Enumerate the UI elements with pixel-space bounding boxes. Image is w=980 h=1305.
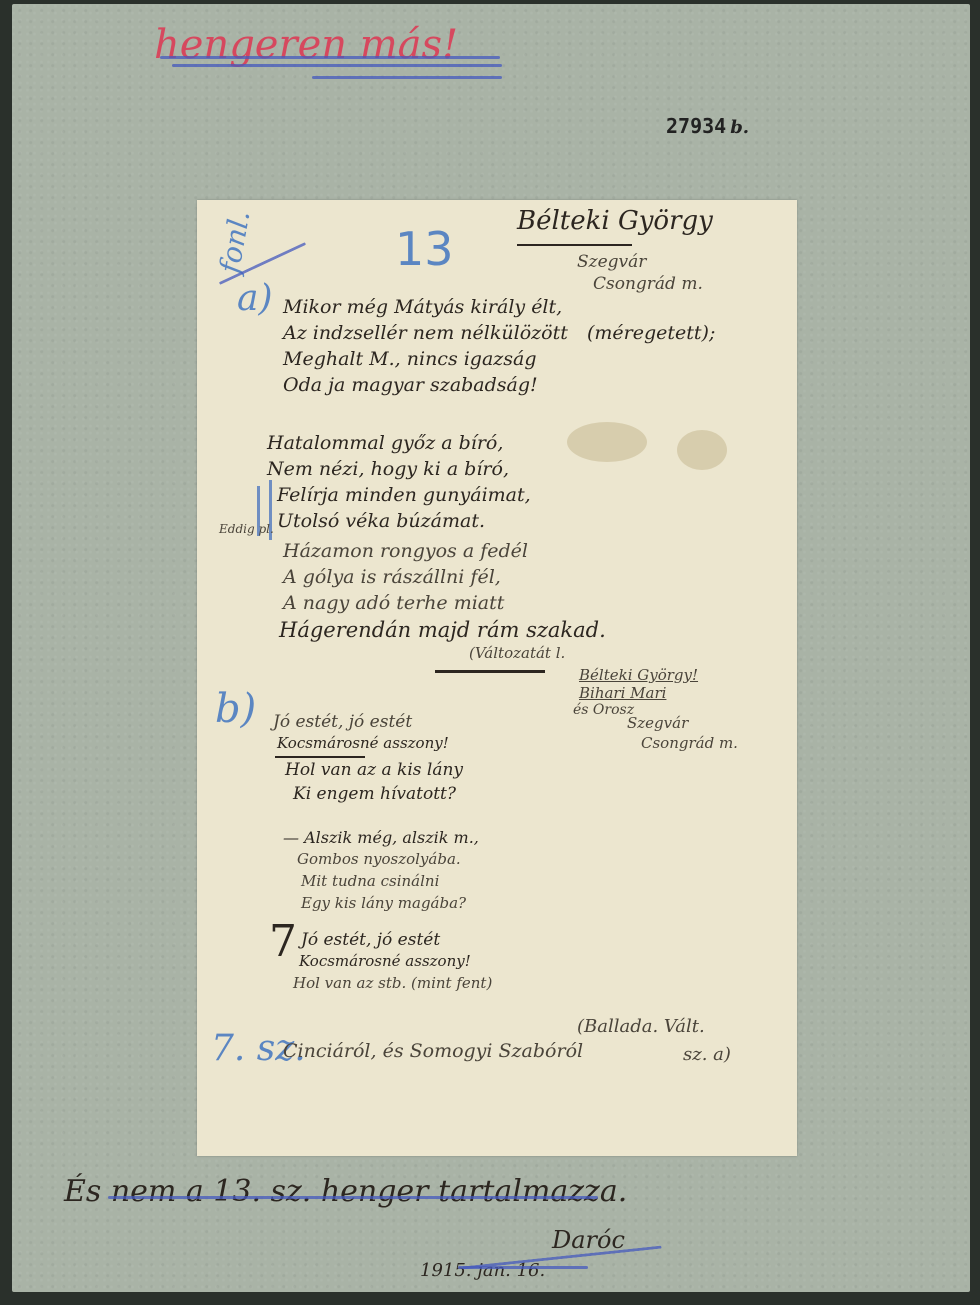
- stain: [567, 422, 647, 462]
- poem-line: Hol van az stb. (mint fent): [293, 974, 492, 992]
- bottom-note-strike: [108, 1196, 598, 1199]
- singer-credit: és Orosz: [573, 702, 634, 718]
- manuscript-sheet: fonl. 13 Bélteki György Szegvár Csongrád…: [197, 200, 797, 1156]
- poem-line: — Alszik még, alszik m.,: [283, 828, 479, 847]
- poem-line: Gombos nyoszolyába.: [297, 850, 461, 868]
- bottom-note: És nem a 13. sz. henger tartalmazza.: [64, 1174, 627, 1209]
- poem-line: A nagy adó terhe miatt: [283, 592, 504, 614]
- top-note-strike: [160, 56, 500, 59]
- singers-place: Szegvár: [627, 714, 688, 732]
- divider-rule: [435, 670, 545, 673]
- section-b-label: b): [215, 686, 256, 732]
- poem-line: Jó estét, jó estét: [273, 712, 412, 732]
- poem-line: A gólya is rászállni fél,: [283, 566, 501, 588]
- variant-note: (méregetett);: [587, 322, 715, 344]
- margin-mark: fonl.: [213, 208, 256, 276]
- catalog-number: 27934b.: [666, 114, 749, 138]
- poem-line: Mikor még Mátyás király élt,: [283, 296, 562, 318]
- date: 1915. jan. 16.: [420, 1260, 545, 1281]
- poem-line: Mit tudna csinálni: [301, 872, 439, 890]
- poem-line: Meghalt M., nincs igazság: [283, 348, 537, 370]
- poem-line: Hágerendán majd rám szakad.: [279, 618, 606, 642]
- singer-credit: Bihari Mari: [579, 684, 666, 702]
- singer-name: Bélteki György: [517, 206, 713, 236]
- strike-rule: [275, 756, 365, 758]
- singers-county: Csongrád m.: [641, 734, 738, 752]
- singer-place: Szegvár: [577, 252, 646, 272]
- poem-line: Egy kis lány magába?: [301, 894, 466, 912]
- poem-line: Házamon rongyos a fedél: [283, 540, 528, 562]
- singer-county: Csongrád m.: [593, 274, 703, 294]
- poem-line: Kocsmárosné asszony!: [277, 734, 449, 752]
- poem-line: Oda ja magyar szabadság!: [283, 374, 538, 396]
- song-number: 13: [395, 222, 454, 276]
- poem-line: Felírja minden gunyáimat,: [277, 484, 531, 506]
- variation-ref: (Változatát l.: [469, 644, 565, 662]
- ballad-ref: sz. a): [683, 1044, 731, 1065]
- date-strike-2: [458, 1266, 588, 1269]
- top-note: hengeren más!: [154, 22, 458, 68]
- top-note-strike-2: [172, 64, 502, 67]
- top-note-strike-3: [312, 76, 502, 79]
- poem-line: Hol van az a kis lány: [285, 760, 463, 780]
- stain: [677, 430, 727, 470]
- poem-line: Ki engem hívatott?: [293, 784, 456, 804]
- side-note: Eddig pl.: [219, 522, 274, 536]
- poem-line: Az indzsellér nem nélkülözött: [283, 322, 568, 344]
- ballad-note: (Ballada. Vált.: [577, 1016, 705, 1037]
- poem-line: Jó estét, jó estét: [301, 930, 440, 950]
- poem-line: Hatalommal győz a bíró,: [267, 432, 503, 454]
- section-a-label: a): [237, 278, 273, 319]
- repeat-bracket-mark: 7: [269, 916, 297, 967]
- archive-card: hengeren más! 27934b. fonl. 13 Bélteki G…: [12, 4, 970, 1292]
- singer-credit: Bélteki György!: [579, 666, 698, 684]
- footer-text: Cinciáról, és Somogyi Szabóról: [283, 1040, 583, 1062]
- singer-underline: [517, 244, 632, 246]
- poem-line: Nem nézi, hogy ki a bíró,: [267, 458, 509, 480]
- poem-line: Utolsó véka búzámat.: [277, 510, 485, 532]
- poem-line: Kocsmárosné asszony!: [299, 952, 471, 970]
